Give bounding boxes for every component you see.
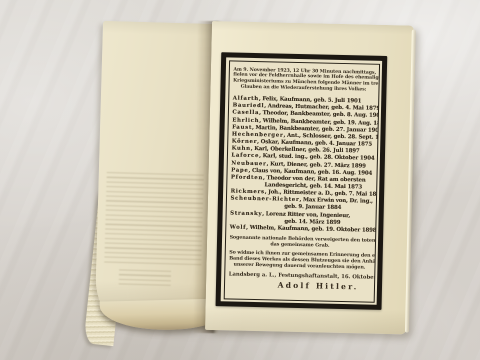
name-details: , Lorenz Ritter von, Ingenieur, xyxy=(262,211,350,219)
name-surname: Kuhn xyxy=(232,146,251,152)
frame-cream-gap: Am 9. November 1923, 12 Uhr 30 Minuten n… xyxy=(221,57,382,304)
signature: Adolf Hitler. xyxy=(228,280,369,292)
name-surname: Alfarth xyxy=(233,96,259,103)
name-surname: Faust xyxy=(232,124,252,130)
name-surname: Stransky xyxy=(230,210,262,217)
name-surname: Körner xyxy=(232,139,258,146)
name-surname: Bauriedl xyxy=(233,103,265,110)
name-surname: Laforce xyxy=(231,153,259,160)
name-surname: Neubauer xyxy=(231,160,266,167)
name-surname: Scheubner-Richter xyxy=(230,196,299,204)
closing-paragraph-dedication: So widme ich ihnen zur gemeinsamen Erinn… xyxy=(229,249,370,270)
name-surname: Rickmers xyxy=(231,189,265,196)
name-surname: Casella xyxy=(232,110,259,117)
name-surname: Pape xyxy=(231,167,249,173)
memorial-intro-paragraph: Am 9. November 1923, 12 Uhr 30 Minuten n… xyxy=(233,67,374,94)
name-surname: Hechenberger xyxy=(232,131,284,138)
show-through-text-block xyxy=(104,172,204,265)
name-details: geb. 9. Januar 1884 xyxy=(284,204,341,211)
frame-inner-rule: Am 9. November 1923, 12 Uhr 30 Minuten n… xyxy=(223,60,379,302)
memorial-page: Am 9. November 1923, 12 Uhr 30 Minuten n… xyxy=(205,21,414,335)
memorial-content: Am 9. November 1923, 12 Uhr 30 Minuten n… xyxy=(228,67,374,298)
name-surname: Ehrlich xyxy=(232,117,259,124)
photo-scene: Am 9. November 1923, 12 Uhr 30 Minuten n… xyxy=(0,0,480,360)
mourning-border-frame: Am 9. November 1923, 12 Uhr 30 Minuten n… xyxy=(216,52,388,310)
closing-paragraph-grave: Sogenannte nationale Behörden verweigert… xyxy=(229,235,370,250)
name-surname: Pfordten xyxy=(231,174,263,181)
name-surname: Wolf xyxy=(230,224,247,230)
name-details: geb. 14. März 1899 xyxy=(284,218,340,225)
show-through-text-line xyxy=(118,269,170,286)
memorial-name-list: Alfarth, Felix, Kaufmann, geb. 5. Juli 1… xyxy=(230,96,374,235)
